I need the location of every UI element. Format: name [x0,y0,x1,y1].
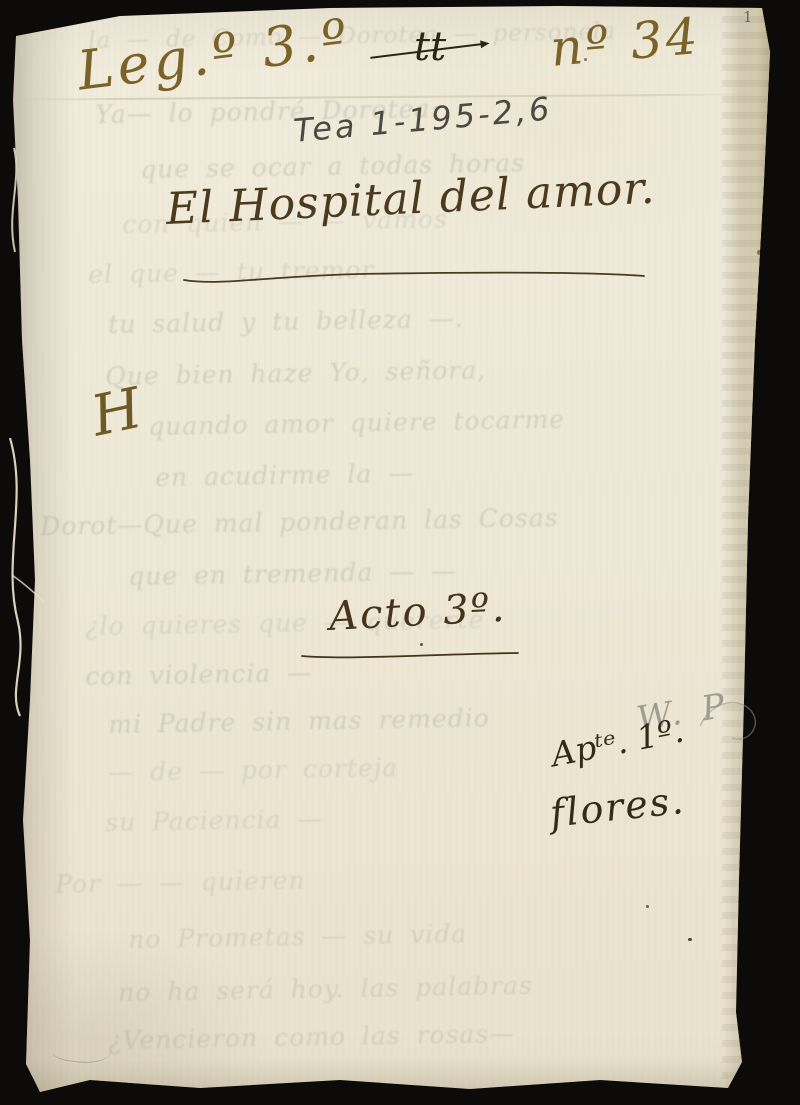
ink-speck [688,938,692,941]
folio-number: 1 [743,8,753,26]
showthrough-line: ¿Vencieron como las rosas— [108,1019,515,1055]
deckle-edge [722,0,778,1105]
showthrough-line: — de — por corteja [108,753,399,787]
title-underline-flourish [180,264,650,290]
paper-sheet: la — de Como — Dorotea — personela Ya— l… [0,0,800,1105]
showthrough-line: tu salud y tu belleza —. [108,304,464,339]
showthrough-line: quando amor quiere tocarme [148,405,565,441]
showthrough-line: no ha será hoy. las palabras [118,971,533,1007]
scanned-manuscript-page: la — de Como — Dorotea — personela Ya— l… [0,0,800,1105]
act-underline [298,646,522,664]
showthrough-line: no Prometas — su vida [128,919,467,954]
apunte-label: Apᵗᵉ. 1º. [548,710,687,774]
showthrough-line: con violencia — [85,658,313,691]
legajo-label: Leg.º 3.º [74,6,355,102]
showthrough-line: que en tremenda — — [128,556,457,591]
bottom-edge-shadow [0,1059,800,1105]
showthrough-line: Por — — quieren [55,866,306,899]
showthrough-line: Dorot—Que mal ponderan las Cosas [40,503,559,541]
struck-mark: tt [392,24,482,72]
signature-text: flores. [548,778,687,836]
numero-label: nº 34 [548,7,703,78]
showthrough-line: Que bien haze Yo, señora, [105,355,486,391]
ink-speck [646,905,649,908]
showthrough-line: en acudirme la — [155,458,415,492]
showthrough-line: mi Padre sin mas remedio [108,703,490,739]
foxing-spot [757,250,761,255]
act-heading: Acto 3º. [328,585,507,640]
showthrough-line: su Paciencia — [105,804,324,837]
binding-gutter-shadow [0,0,75,1105]
